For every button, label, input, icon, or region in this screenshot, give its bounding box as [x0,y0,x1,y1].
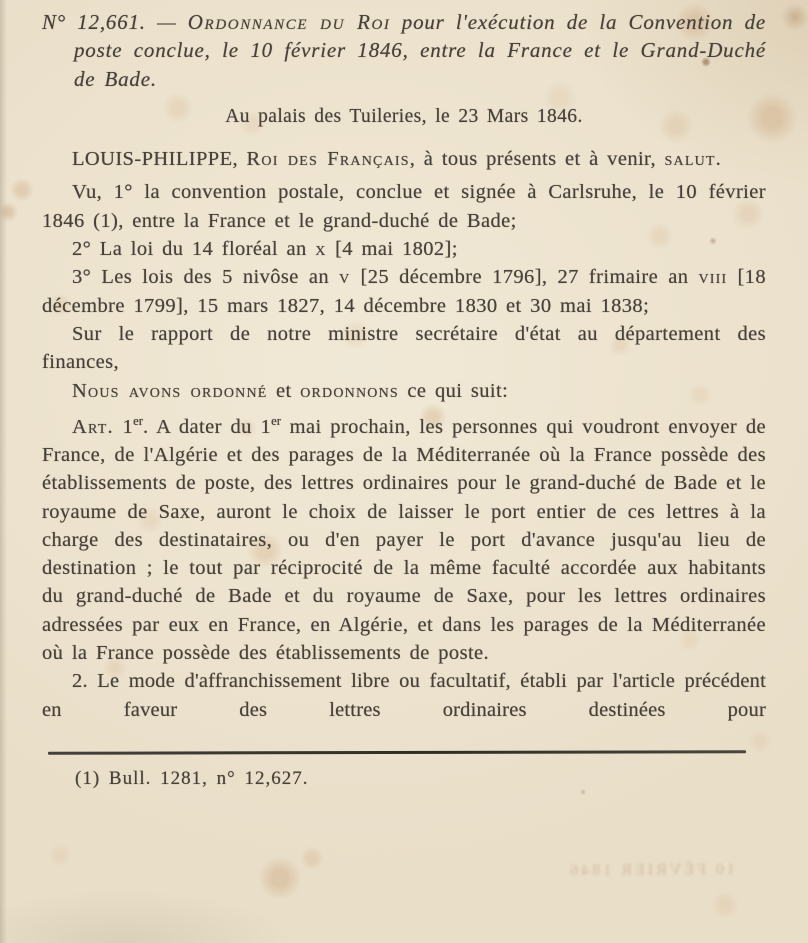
footnote-marker: (1) [75,768,109,789]
footnote-text: Bull. 1281, n° 12,627. [109,768,309,789]
article-1-label: Art. [72,416,114,438]
article-1-body: mai prochain, les personnes qui voudront… [42,416,766,664]
article-2: 2. Le mode d'affranchissement libre ou f… [42,667,766,724]
scanned-document-page: 10 FÉVRIER 1846 N° 12,661. — Ordonnance … [0,0,808,943]
recital-3-mid: [25 décembre 1796], 27 frimaire an [350,266,698,288]
recital-3-pre: 3° Les lois des 5 nivôse an [72,266,339,288]
recital-3: 3° Les lois des 5 nivôse an v [25 décemb… [42,263,766,320]
footnote-rule [48,750,746,754]
recital-2-roman-numeral: x [315,238,326,260]
ordinance-heading: N° 12,661. — Ordonnance du Roi pour l'ex… [42,8,766,93]
enactment-smallcaps-1: Nous avons ordonné [72,380,268,402]
enactment-smallcaps-2: ordonnons [300,380,399,402]
king-title: Roi des Français [247,148,410,170]
dateline: Au palais des Tuileries, le 23 Mars 1846… [42,103,766,131]
salutation-salut: salut [665,148,716,170]
bleed-through-text: 10 FÉVRIER 1846 [455,861,735,881]
enactment-end: ce qui suit: [399,380,508,402]
article-1-number: 1 [114,416,133,438]
recital-2-pre: 2° La loi du 14 floréal an [72,238,315,260]
enactment-clause: Nous avons ordonné et ordonnons ce qui s… [42,377,766,405]
article-1-mid: . A dater du 1 [143,416,271,438]
recital-3-roman-numeral-1: v [339,266,350,288]
article-1-date-ordinal-suffix: er [271,414,281,428]
article-1: Art. 1er. A dater du 1er mai prochain, l… [42,407,766,668]
recital-2-post: [4 mai 1802]; [327,238,458,260]
royal-salutation: LOUIS-PHILIPPE, Roi des Français, à tous… [42,145,766,173]
enactment-mid: et [268,380,301,402]
report-clause: Sur le rapport de notre ministre secréta… [42,320,766,377]
recital-3-roman-numeral-2: viii [698,266,727,288]
salutation-period: . [716,148,722,170]
recital-1: Vu, 1° la convention postale, conclue et… [42,178,766,235]
recital-2: 2° La loi du 14 floréal an x [4 mai 1802… [42,235,766,263]
ordinance-title-smallcaps: Ordonnance du Roi [188,10,391,34]
article-1-ordinal-suffix: er [133,414,143,428]
document-content: N° 12,661. — Ordonnance du Roi pour l'ex… [0,0,808,794]
salutation-middle: , à tous présents et à venir, [410,148,665,170]
king-name: LOUIS-PHILIPPE, [72,148,247,170]
ordinance-number: N° 12,661. — [42,10,188,34]
footnote: (1) Bull. 1281, n° 12,627. [75,765,766,793]
